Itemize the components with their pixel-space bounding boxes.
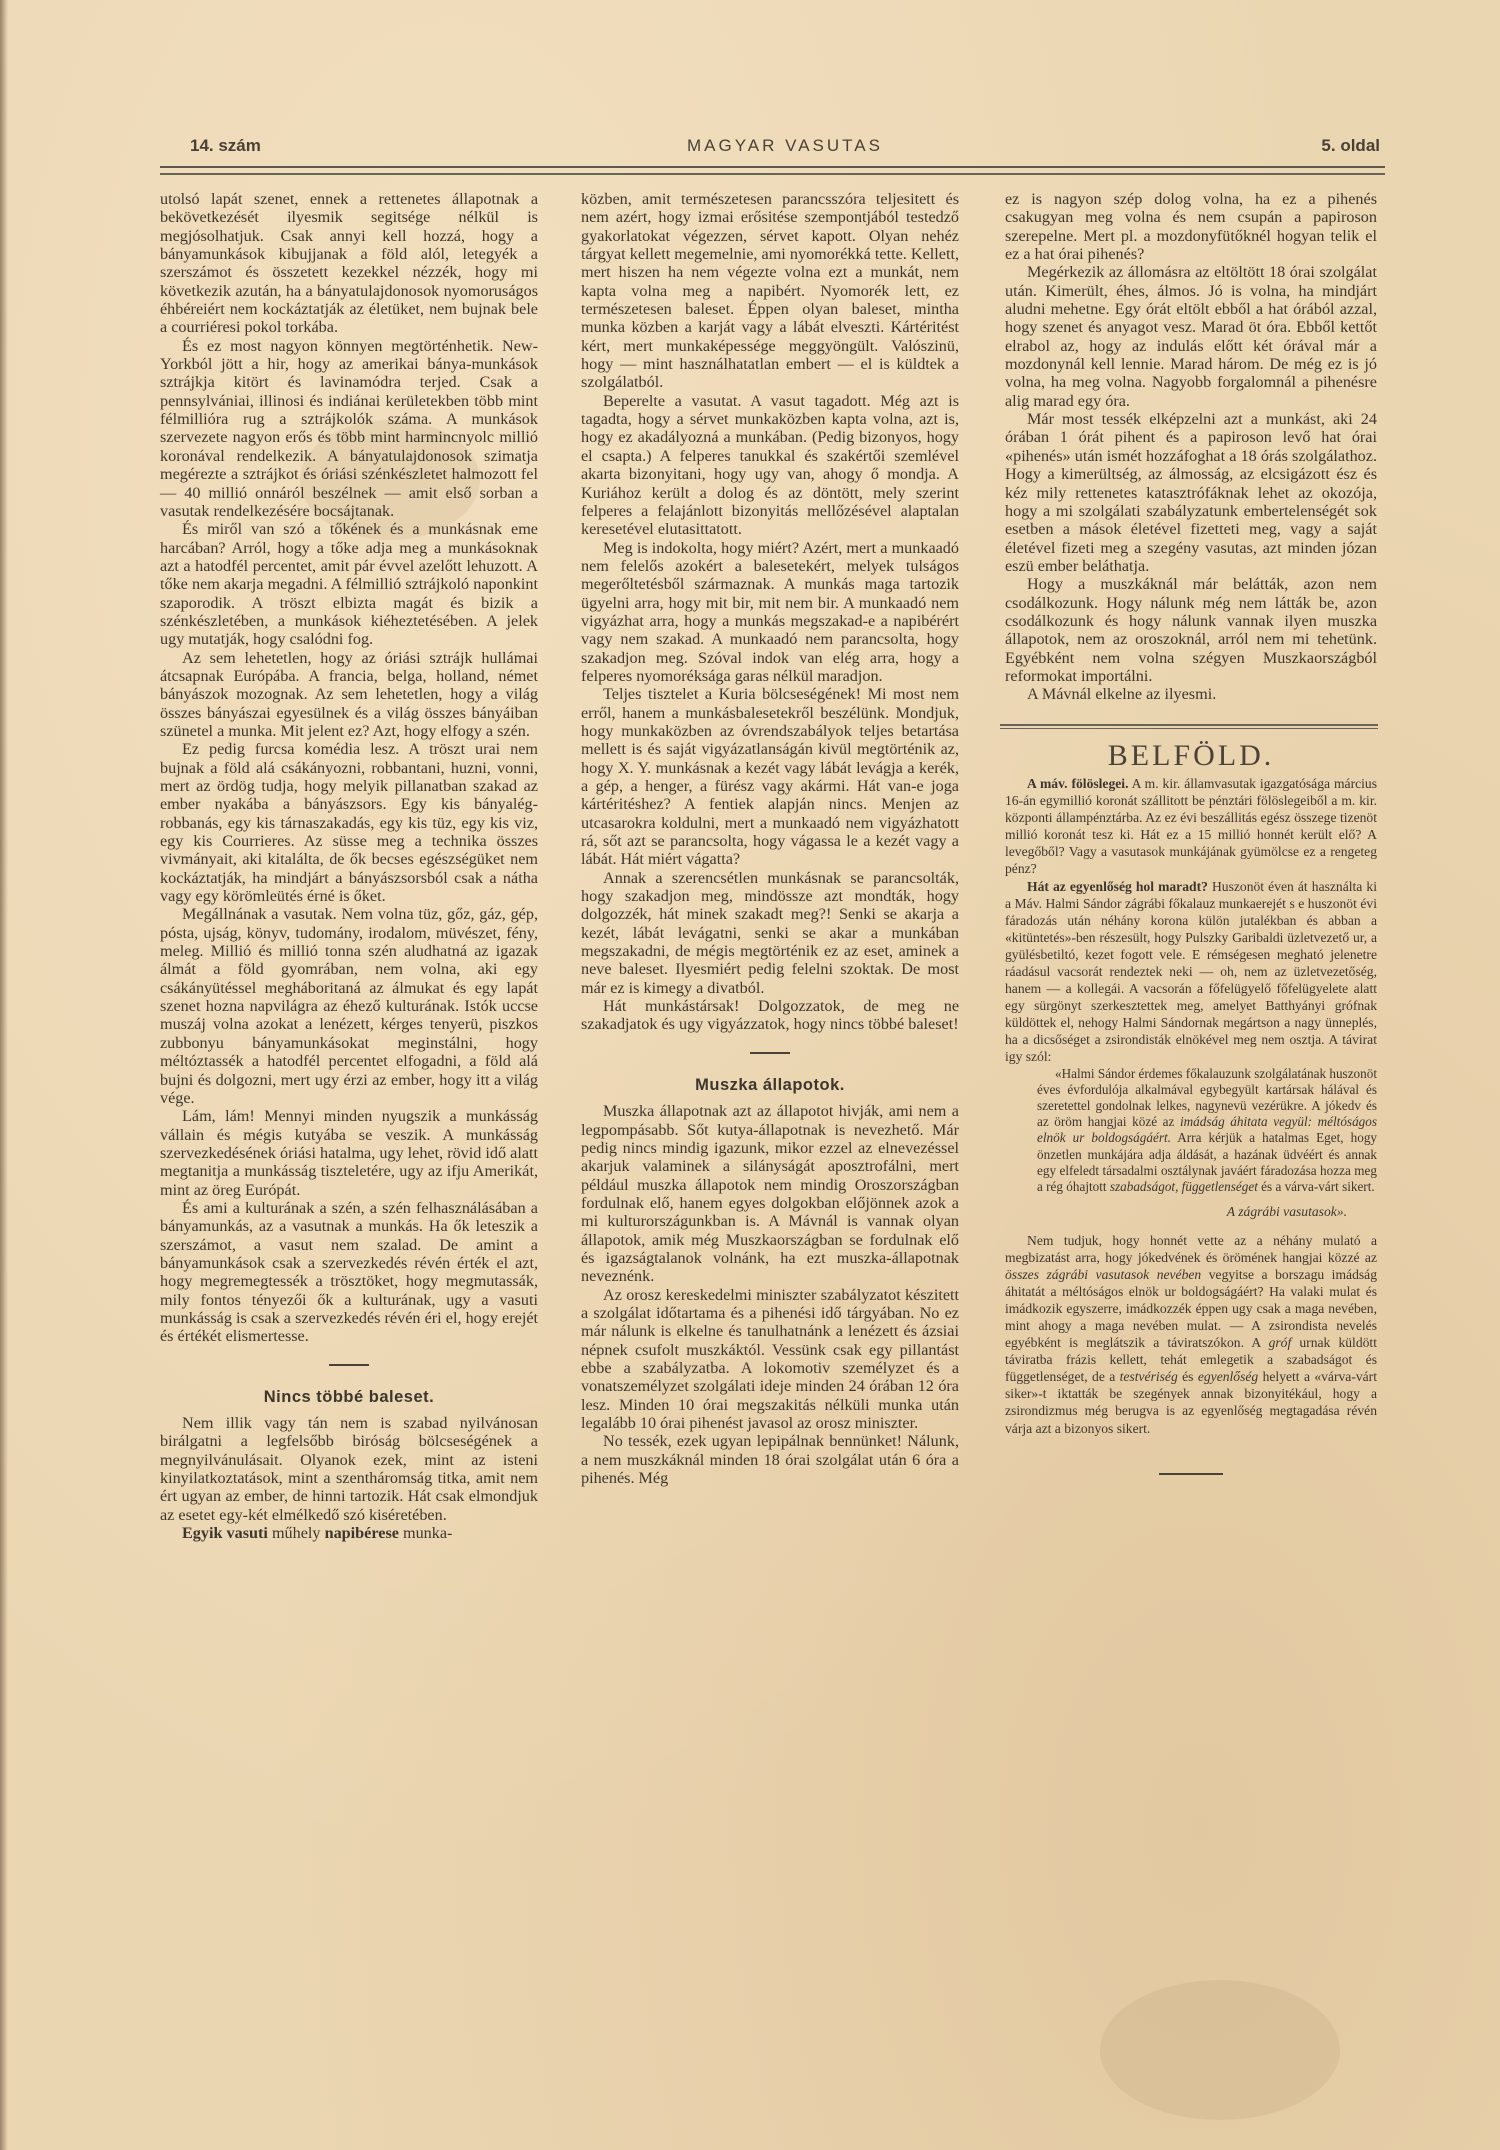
news-item-egyenloseg: Hát az egyenlőség hol maradt? Huszonöt é… [1005,878,1377,1066]
article-paragraph: utolsó lapát szenet, ennek a rettenetes … [160,190,538,337]
article-paragraph: Annak a szerencsétlen munkásnak se paran… [581,869,959,997]
article-paragraph: Lám, lám! Mennyi minden nyugszik a munká… [160,1107,538,1199]
newspaper-title: MAGYAR VASUTAS [190,136,1380,156]
article-paragraph: És miről van szó a tőkének és a munkásna… [160,520,538,648]
article-paragraph: És ami a kulturának a szén, a szén felha… [160,1199,538,1346]
article-paragraph: Egyik vasuti műhely napibérese munka- [160,1524,538,1542]
page-edge-shadow [0,0,8,2150]
article-paragraph: No tessék, ezek ugyan lepipálnak bennünk… [581,1432,959,1487]
header-rule [160,166,1385,175]
column-2: közben, amit természetesen parancsszóra … [581,190,959,1487]
article-nincs-tobbe-baleset: Nem illik vagy tán nem is szabad nyilván… [160,1414,538,1524]
article-paragraph: Teljes tisztelet a Kuria bölcseségének! … [581,685,959,868]
article-paragraph: Megérkezik az állomásra az eltöltött 18 … [1005,263,1377,410]
column-3: ez is nagyon szép dolog volna, ha ez a p… [1005,190,1377,1475]
article-paragraph: közben, amit természetesen parancsszóra … [581,190,959,392]
article-paragraph: Hát munkástársak! Dolgozzatok, de meg ne… [581,997,959,1034]
article-muszka-allapotok-cont: Megérkezik az állomásra az eltöltött 18 … [1005,263,1377,703]
page-header: 14. szám MAGYAR VASUTAS 5. oldal [190,136,1380,160]
article-paragraph: A Mávnál elkelne az ilyesmi. [1005,685,1377,703]
article-paragraph: Megállnának a vasutak. Nem volna tüz, gő… [160,905,538,1107]
news-item-closing: Nem tudjuk, hogy honnét vette az a néhán… [1005,1232,1377,1437]
newspaper-page: 14. szám MAGYAR VASUTAS 5. oldal utolsó … [0,0,1500,2150]
article-muszka-allapotok: Muszka állapotnak azt az állapotot hivjá… [581,1102,959,1487]
article-separator [329,1364,369,1366]
article-paragraph: Már most tessék elképzelni azt a munkást… [1005,410,1377,575]
page-number: 5. oldal [1321,136,1380,156]
section-rule [1000,724,1378,729]
article-title-muszka-allapotok: Muszka állapotok. [581,1076,959,1094]
article-paragraph: Az orosz kereskedelmi miniszter szabályz… [581,1286,959,1433]
article-paragraph: Ez pedig furcsa komédia lesz. A tröszt u… [160,740,538,905]
telegram-signature: A zágrábi vasutasok». [1005,1203,1347,1221]
article-paragraph: ez is nagyon szép dolog volna, ha ez a p… [1005,190,1377,263]
section-title-belfold: BELFÖLD. [1005,747,1377,765]
news-item-mav-foloslegei: A máv. fölöslegei. A m. kir. államvasuta… [1005,775,1377,878]
article-nincs-tobbe-baleset-cont: Beperelte a vasutat. A vasut tagadott. M… [581,392,959,1034]
article-paragraph: Nem illik vagy tán nem is szabad nyilván… [160,1414,538,1524]
article-paragraph: Az sem lehetetlen, hogy az óriási sztráj… [160,649,538,741]
article-paragraph: Beperelte a vasutat. A vasut tagadott. M… [581,392,959,539]
article-title-nincs-tobbe-baleset: Nincs többé baleset. [160,1388,538,1406]
paper-stain [1100,1980,1340,2120]
article-paragraph: Muszka állapotnak azt az állapotot hivjá… [581,1102,959,1285]
article-paragraph: Meg is indokolta, hogy miért? Azért, mer… [581,539,959,686]
article-paragraph: Hogy a muszkáknál már belátták, azon nem… [1005,575,1377,685]
article-paragraph: És ez most nagyon könnyen megtörténhetik… [160,337,538,520]
article-separator [750,1052,790,1054]
article-coal-strike: utolsó lapát szenet, ennek a rettenetes … [160,190,538,1346]
telegram-quote: «Halmi Sándor érdemes főkalauzunk szolgá… [1037,1066,1377,1196]
end-rule [1159,1473,1223,1475]
column-1: utolsó lapát szenet, ennek a rettenetes … [160,190,538,1542]
news-items: A máv. fölöslegei. A m. kir. államvasuta… [1005,775,1377,1066]
